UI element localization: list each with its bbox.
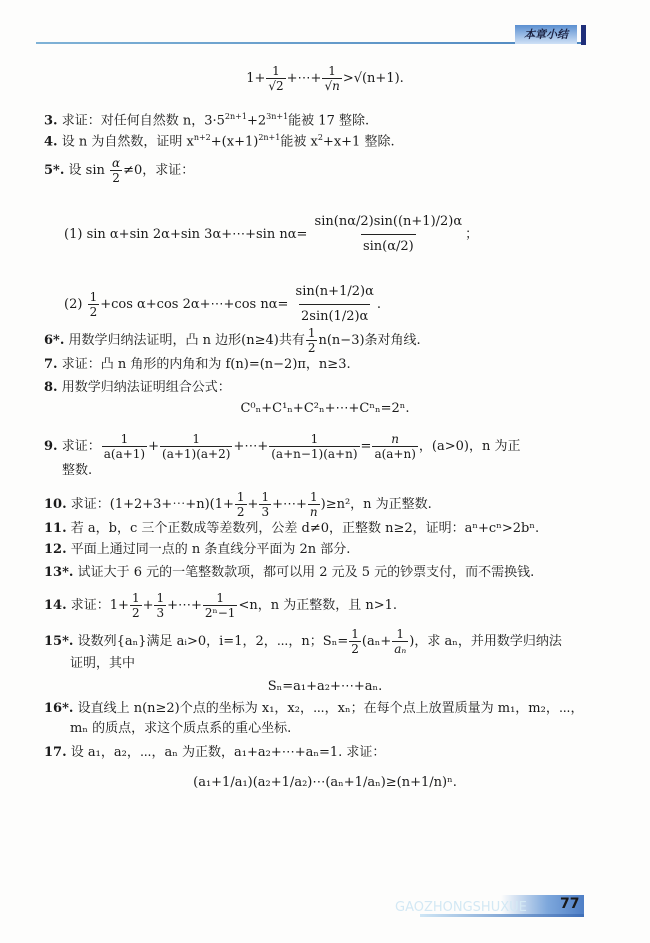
text: ≠0，求证： (123, 163, 194, 178)
part-label: (2) (64, 297, 82, 312)
text: ，(a>0)，n 为正 (419, 439, 521, 454)
problem-15-cont: 证明，其中 (70, 655, 135, 673)
denominator: a(a+1) (102, 446, 147, 461)
text: 试证大于 6 元的一笔整数款项，都可以用 2 元及 5 元的钞票支付，而不需换钱… (78, 565, 535, 580)
text: (aₙ+ (362, 634, 391, 649)
p2-formula: 1+1√2+⋯+1√n>√(n+1). (0, 64, 650, 93)
numerator: 1 (235, 490, 247, 504)
text: 求证：对任何自然数 n，3·5 (62, 113, 225, 128)
text: +⋯+ (167, 598, 202, 613)
problem-5: 5*. 设 sin α2≠0，求证： (44, 156, 194, 185)
text: 若 a，b，c 三个正数成等差数列，公差 d≠0，正整数 n≥2，证明：aⁿ+c… (71, 521, 539, 536)
numerator: 1 (119, 432, 131, 446)
fraction: 12 (88, 290, 100, 319)
fraction: 12 (349, 627, 361, 656)
problem-3: 3. 求证：对任何自然数 n，3·52n+1+23n+1能被 17 整除. (44, 108, 369, 130)
problem-number: 14. (44, 598, 67, 613)
fraction: sin(nα/2)sin((n+1)/2)αsin(α/2) (313, 210, 465, 259)
fraction: sin(n+1/2)α2sin(1/2)α (294, 280, 376, 329)
fraction: 1n (308, 490, 320, 519)
numerator: sin(n+1/2)α (294, 280, 376, 304)
text: ； (465, 227, 478, 242)
header-rule (36, 42, 584, 44)
problem-number: 8. (44, 380, 58, 395)
fraction: 13 (154, 591, 166, 620)
problem-7: 7. 求证：凸 n 角形的内角和为 f(n)=(n−2)π，n≥3. (44, 356, 351, 374)
problem-10: 10. 求证：(1+2+3+⋯+n)(1+12+13+⋯+1n)≥n²，n 为正… (44, 490, 432, 519)
denominator: 2 (235, 504, 247, 519)
footer-watermark: GAOZHONGSHUXUE (395, 900, 527, 915)
problem-number: 12. (44, 542, 67, 557)
numerator: 1 (88, 290, 100, 304)
text: = (361, 439, 372, 454)
denominator: √n (322, 78, 341, 93)
denominator: √2 (266, 78, 285, 93)
numerator: 1 (308, 490, 320, 504)
text: 用数学归纳法证明，凸 n 边形(n≥4)共有 (69, 333, 305, 348)
problem-4: 4. 设 n 为自然数，证明 xn+2+(x+1)2n+1能被 x2+x+1 整… (44, 129, 395, 151)
problem-number: 6*. (44, 333, 64, 348)
text: <n，n 为正整数，且 n>1. (238, 598, 397, 613)
text: 能被 x (280, 134, 317, 149)
fraction: 12 (235, 490, 247, 519)
denominator: sin(α/2) (361, 234, 416, 259)
problem-number: 5*. (44, 163, 64, 178)
denominator: aₙ (392, 641, 408, 656)
problem-number: 10. (44, 497, 67, 512)
problem-number: 4. (44, 134, 58, 149)
text: 用数学归纳法证明组合公式： (62, 380, 231, 395)
text: 设 a₁，a₂，⋯，aₙ 为正数，a₁+a₂+⋯+aₙ=1. 求证： (71, 745, 386, 760)
numerator: 1 (306, 326, 318, 340)
denominator: n (308, 504, 320, 519)
numerator: α (110, 156, 122, 170)
text: 1+ (246, 71, 265, 86)
exponent: 2n+1 (225, 112, 247, 121)
problem-15-formula: Sₙ=a₁+a₂+⋯+aₙ. (0, 678, 650, 696)
fraction: 1√n (322, 64, 341, 93)
fraction: na(a+n) (372, 432, 417, 461)
fraction: 13 (259, 490, 271, 519)
problem-5-part-1: (1) sin α+sin 2α+sin 3α+⋯+sin nα= sin(nα… (64, 210, 478, 259)
text: )，求 aₙ，并用数学归纳法 (409, 634, 562, 649)
denominator: 2 (130, 605, 142, 620)
problem-15: 15*. 设数列{aₙ}满足 aᵢ>0，i=1，2，⋯，n；Sₙ=12(aₙ+1… (44, 627, 562, 656)
numerator: 1 (214, 591, 226, 605)
fraction: 1(a+n−1)(a+n) (269, 432, 359, 461)
denominator: 3 (154, 605, 166, 620)
text: +⋯+ (287, 71, 322, 86)
text: +⋯+ (233, 439, 268, 454)
problem-number: 11. (44, 521, 67, 536)
fraction: 1√2 (266, 64, 285, 93)
numerator: 1 (190, 432, 202, 446)
exponent: n+2 (194, 133, 211, 142)
numerator: 1 (270, 64, 282, 78)
numerator: 1 (394, 627, 406, 641)
text: sin α+sin 2α+sin 3α+⋯+sin nα= (87, 227, 308, 242)
fraction: 1a(a+1) (102, 432, 147, 461)
problem-number: 9. (44, 439, 58, 454)
problem-17-formula: (a₁+1/a₁)(a₂+1/a₂)⋯(aₙ+1/aₙ)≥(n+1/n)ⁿ. (0, 774, 650, 792)
problem-14: 14. 求证：1+12+13+⋯+12ⁿ−1<n，n 为正整数，且 n>1. (44, 591, 397, 620)
text: 设直线上 n(n≥2)个点的坐标为 x₁，x₂，⋯，xₙ；在每个点上放置质量为 … (78, 701, 584, 716)
text: 设 n 为自然数，证明 x (62, 134, 194, 149)
footer-rule (420, 914, 584, 917)
denominator: 2 (88, 304, 100, 319)
problem-number: 16*. (44, 701, 73, 716)
problem-9-cont: 整数. (62, 462, 92, 480)
denominator: 2 (110, 170, 122, 185)
text: 能被 17 整除. (288, 113, 369, 128)
problem-11: 11. 若 a，b，c 三个正数成等差数列，公差 d≠0，正整数 n≥2，证明：… (44, 520, 539, 538)
problem-5-part-2: (2) 12+cos α+cos 2α+⋯+cos nα= sin(n+1/2)… (64, 280, 381, 329)
text: 求证：(1+2+3+⋯+n)(1+ (71, 497, 234, 512)
numerator: sin(nα/2)sin((n+1)/2)α (313, 210, 465, 234)
denominator: a(a+n) (372, 446, 417, 461)
text: 平面上通过同一点的 n 条直线分平面为 2n 部分. (71, 542, 351, 557)
text: . (377, 297, 381, 312)
text: +cos α+cos 2α+⋯+cos nα= (100, 297, 288, 312)
numerator: 1 (309, 432, 321, 446)
denominator: 2ⁿ−1 (203, 605, 238, 620)
problem-8: 8. 用数学归纳法证明组合公式： (44, 379, 231, 397)
problem-number: 3. (44, 113, 58, 128)
numerator: 1 (326, 64, 338, 78)
problem-12: 12. 平面上通过同一点的 n 条直线分平面为 2n 部分. (44, 541, 350, 559)
fraction: 1(a+1)(a+2) (160, 432, 232, 461)
part-label: (1) (64, 227, 82, 242)
denominator: 3 (259, 504, 271, 519)
numerator: 1 (130, 591, 142, 605)
text: 求证：凸 n 角形的内角和为 f(n)=(n−2)π，n≥3. (62, 357, 351, 372)
problem-16-cont: mₙ 的质点，求这个质点系的重心坐标. (70, 720, 291, 738)
fraction: α2 (110, 156, 122, 185)
text: +x+1 整除. (323, 134, 395, 149)
numerator: n (389, 432, 401, 446)
problem-13: 13*. 试证大于 6 元的一笔整数款项，都可以用 2 元及 5 元的钞票支付，… (44, 564, 534, 582)
exponent: 3n+1 (266, 112, 288, 121)
problem-number: 13*. (44, 565, 73, 580)
denominator: 2 (306, 340, 318, 355)
fraction: 12 (306, 326, 318, 355)
denominator: (a+n−1)(a+n) (269, 446, 359, 461)
section-tab: 本章小结 (515, 25, 577, 44)
numerator: 1 (349, 627, 361, 641)
problem-number: 7. (44, 357, 58, 372)
text: 求证：1+ (71, 598, 129, 613)
text: +2 (247, 113, 266, 128)
text: 设数列{aₙ}满足 aᵢ>0，i=1，2，⋯，n；Sₙ= (78, 634, 349, 649)
numerator: 1 (259, 490, 271, 504)
problem-16: 16*. 设直线上 n(n≥2)个点的坐标为 x₁，x₂，⋯，xₙ；在每个点上放… (44, 700, 584, 718)
text: +⋯+ (272, 497, 307, 512)
fraction: 12 (130, 591, 142, 620)
problem-number: 15*. (44, 634, 73, 649)
fraction: 1aₙ (392, 627, 408, 656)
problem-8-formula: C⁰ₙ+C¹ₙ+C²ₙ+⋯+Cⁿₙ=2ⁿ. (0, 400, 650, 418)
page-number: 77 (560, 896, 579, 912)
text: 设 sin (69, 163, 105, 178)
text: >√(n+1). (343, 71, 404, 86)
text: 求证： (62, 439, 101, 454)
numerator: 1 (154, 591, 166, 605)
problem-17: 17. 设 a₁，a₂，⋯，aₙ 为正数，a₁+a₂+⋯+aₙ=1. 求证： (44, 744, 385, 762)
problem-9: 9. 求证：1a(a+1)+1(a+1)(a+2)+⋯+1(a+n−1)(a+n… (44, 432, 520, 461)
fraction: 12ⁿ−1 (203, 591, 238, 620)
header-accent-bar (581, 25, 586, 45)
denominator: 2 (349, 641, 361, 656)
problem-number: 17. (44, 745, 67, 760)
denominator: (a+1)(a+2) (160, 446, 232, 461)
text: )≥n²，n 为正整数. (321, 497, 432, 512)
problem-6: 6*. 用数学归纳法证明，凸 n 边形(n≥4)共有12n(n−3)条对角线. (44, 326, 421, 355)
text: +(x+1) (211, 134, 259, 149)
exponent: 2n+1 (258, 133, 280, 142)
text: n(n−3)条对角线. (318, 333, 420, 348)
